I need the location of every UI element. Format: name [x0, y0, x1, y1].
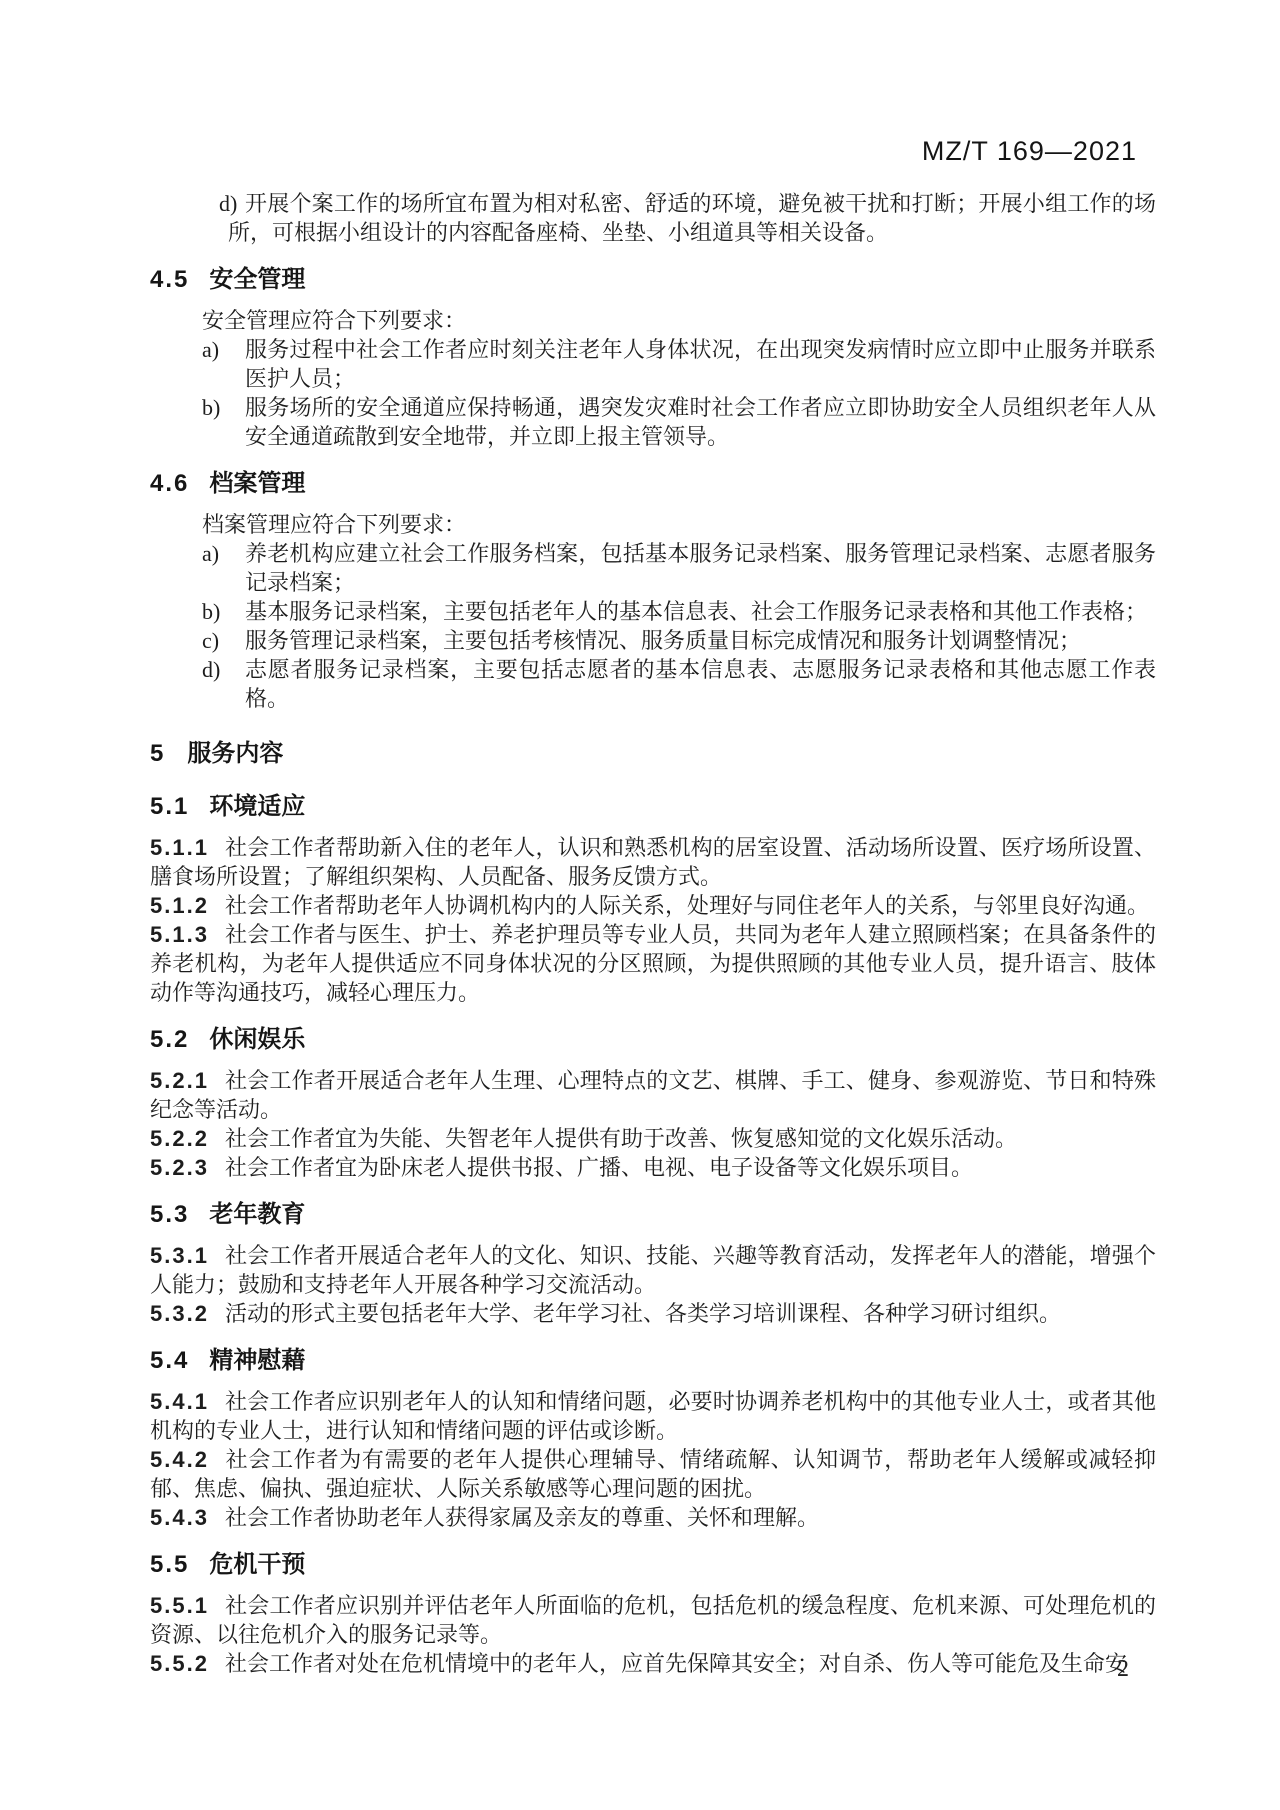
clause-number: 5.1.2	[150, 893, 209, 918]
section-title: 环境适应	[209, 793, 305, 820]
clause-text: 社会工作者帮助老年人协调机构内的人际关系，处理好与同住老年人的关系，与邻里良好沟…	[225, 893, 1149, 918]
clause-number: 5.5.2	[150, 1651, 209, 1676]
list-item-label: a)	[202, 539, 219, 568]
list-item: d)开展个案工作的场所宜布置为相对私密、舒适的环境，避免被干扰和打断；开展小组工…	[150, 189, 1156, 247]
clause-text: 社会工作者协助老年人获得家属及亲友的尊重、关怀和理解。	[225, 1505, 819, 1530]
clause-text: 社会工作者宜为卧床老人提供书报、广播、电视、电子设备等文化娱乐项目。	[225, 1155, 973, 1180]
list-item-text: 基本服务记录档案，主要包括老年人的基本信息表、社会工作服务记录表格和其他工作表格…	[245, 599, 1147, 624]
list-item-text: 开展个案工作的场所宜布置为相对私密、舒适的环境，避免被干扰和打断；开展小组工作的…	[228, 191, 1156, 245]
clause-paragraph: 5.2.2社会工作者宜为失能、失智老年人提供有助于改善、恢复感知觉的文化娱乐活动…	[150, 1124, 1156, 1153]
clause-number: 5.4.3	[150, 1505, 209, 1530]
section-title: 安全管理	[209, 266, 305, 293]
clause-paragraph: 5.5.1社会工作者应识别并评估老年人所面临的危机，包括危机的缓急程度、危机来源…	[150, 1591, 1156, 1649]
document-body: d)开展个案工作的场所宜布置为相对私密、舒适的环境，避免被干扰和打断；开展小组工…	[150, 189, 1156, 1678]
chapter-heading: 5服务内容	[150, 739, 1156, 768]
list-item-text: 服务管理记录档案，主要包括考核情况、服务质量目标完成情况和服务计划调整情况；	[245, 628, 1081, 653]
section-heading: 4.5安全管理	[150, 265, 1156, 294]
clause-number: 5.1.1	[150, 835, 209, 860]
clause-number: 5.4.1	[150, 1389, 209, 1414]
section-number: 5.2	[150, 1026, 189, 1053]
section-lead-text: 档案管理应符合下列要求：	[202, 510, 1156, 539]
section-title: 精神慰藉	[209, 1347, 305, 1374]
section-number: 5.1	[150, 793, 189, 820]
section-heading: 4.6档案管理	[150, 469, 1156, 498]
clause-number: 5.4.2	[150, 1447, 209, 1472]
clause-text: 社会工作者开展适合老年人生理、心理特点的文艺、棋牌、手工、健身、参观游览、节日和…	[150, 1068, 1156, 1122]
clause-number: 5.5.1	[150, 1593, 209, 1618]
clause-text: 社会工作者为有需要的老年人提供心理辅导、情绪疏解、认知调节，帮助老年人缓解或减轻…	[150, 1447, 1156, 1501]
clause-paragraph: 5.1.3社会工作者与医生、护士、养老护理员等专业人员，共同为老年人建立照顾档案…	[150, 920, 1156, 1007]
standard-code-header: MZ/T 169—2021	[922, 136, 1137, 167]
clause-number: 5.3.2	[150, 1301, 209, 1326]
clause-paragraph: 5.1.2社会工作者帮助老年人协调机构内的人际关系，处理好与同住老年人的关系，与…	[150, 891, 1156, 920]
list-item-label: b)	[202, 393, 220, 422]
clause-paragraph: 5.3.1社会工作者开展适合老年人的文化、知识、技能、兴趣等教育活动，发挥老年人…	[150, 1241, 1156, 1299]
clause-paragraph: 5.4.1社会工作者应识别老年人的认知和情绪问题，必要时协调养老机构中的其他专业…	[150, 1387, 1156, 1445]
clause-text: 社会工作者对处在危机情境中的老年人，应首先保障其安全；对自杀、伤人等可能危及生命…	[225, 1651, 1127, 1676]
list-item: a)养老机构应建立社会工作服务档案，包括基本服务记录档案、服务管理记录档案、志愿…	[150, 539, 1156, 597]
clause-number: 5.1.3	[150, 922, 209, 947]
list-item: b)基本服务记录档案，主要包括老年人的基本信息表、社会工作服务记录表格和其他工作…	[150, 597, 1156, 626]
section-heading: 5.1环境适应	[150, 792, 1156, 821]
section-number: 5.5	[150, 1551, 189, 1578]
section-lead-text: 安全管理应符合下列要求：	[202, 306, 1156, 335]
list-item-text: 志愿者服务记录档案，主要包括志愿者的基本信息表、志愿服务记录表格和其他志愿工作表…	[245, 657, 1156, 711]
clause-text: 社会工作者宜为失能、失智老年人提供有助于改善、恢复感知觉的文化娱乐活动。	[225, 1126, 1017, 1151]
clause-text: 社会工作者与医生、护士、养老护理员等专业人员，共同为老年人建立照顾档案；在具备条…	[150, 922, 1156, 1005]
list-item-label: b)	[202, 597, 220, 626]
section-number: 5.3	[150, 1201, 189, 1228]
clause-text: 社会工作者帮助新入住的老年人，认识和熟悉机构的居室设置、活动场所设置、医疗场所设…	[150, 835, 1156, 889]
section-number: 4.6	[150, 470, 189, 497]
list-item-text: 养老机构应建立社会工作服务档案，包括基本服务记录档案、服务管理记录档案、志愿者服…	[245, 541, 1156, 595]
clause-paragraph: 5.2.3社会工作者宜为卧床老人提供书报、广播、电视、电子设备等文化娱乐项目。	[150, 1153, 1156, 1182]
clause-number: 5.2.1	[150, 1068, 209, 1093]
clause-text: 活动的形式主要包括老年大学、老年学习社、各类学习培训课程、各种学习研讨组织。	[225, 1301, 1061, 1326]
list-item-label: d)	[202, 189, 237, 218]
list-item-label: a)	[202, 335, 219, 364]
section-title: 档案管理	[209, 470, 305, 497]
clause-text: 社会工作者应识别并评估老年人所面临的危机，包括危机的缓急程度、危机来源、可处理危…	[150, 1593, 1156, 1647]
clause-paragraph: 5.3.2活动的形式主要包括老年大学、老年学习社、各类学习培训课程、各种学习研讨…	[150, 1299, 1156, 1328]
section-number: 4.5	[150, 266, 189, 293]
list-item: d)志愿者服务记录档案，主要包括志愿者的基本信息表、志愿服务记录表格和其他志愿工…	[150, 655, 1156, 713]
section-number: 5.4	[150, 1347, 189, 1374]
clause-text: 社会工作者开展适合老年人的文化、知识、技能、兴趣等教育活动，发挥老年人的潜能，增…	[150, 1243, 1156, 1297]
list-item: b)服务场所的安全通道应保持畅通，遇突发灾难时社会工作者应立即协助安全人员组织老…	[150, 393, 1156, 451]
chapter-number: 5	[150, 740, 165, 767]
list-item-label: d)	[202, 655, 220, 684]
section-heading: 5.3老年教育	[150, 1200, 1156, 1229]
clause-paragraph: 5.4.3社会工作者协助老年人获得家属及亲友的尊重、关怀和理解。	[150, 1503, 1156, 1532]
chapter-title: 服务内容	[187, 740, 283, 767]
clause-number: 5.2.3	[150, 1155, 209, 1180]
section-heading: 5.2休闲娱乐	[150, 1025, 1156, 1054]
section-heading: 5.4精神慰藉	[150, 1346, 1156, 1375]
list-item-label: c)	[202, 626, 219, 655]
section-title: 危机干预	[209, 1551, 305, 1578]
list-item-text: 服务过程中社会工作者应时刻关注老年人身体状况，在出现突发病情时应立即中止服务并联…	[245, 337, 1156, 391]
list-item: a)服务过程中社会工作者应时刻关注老年人身体状况，在出现突发病情时应立即中止服务…	[150, 335, 1156, 393]
list-item: c)服务管理记录档案，主要包括考核情况、服务质量目标完成情况和服务计划调整情况；	[150, 626, 1156, 655]
section-title: 休闲娱乐	[209, 1026, 305, 1053]
section-title: 老年教育	[209, 1201, 305, 1228]
clause-number: 5.3.1	[150, 1243, 209, 1268]
section-heading: 5.5危机干预	[150, 1550, 1156, 1579]
clause-text: 社会工作者应识别老年人的认知和情绪问题，必要时协调养老机构中的其他专业人士，或者…	[150, 1389, 1156, 1443]
clause-number: 5.2.2	[150, 1126, 209, 1151]
list-item-text: 服务场所的安全通道应保持畅通，遇突发灾难时社会工作者应立即协助安全人员组织老年人…	[245, 395, 1156, 449]
clause-paragraph: 5.4.2社会工作者为有需要的老年人提供心理辅导、情绪疏解、认知调节，帮助老年人…	[150, 1445, 1156, 1503]
clause-paragraph: 5.2.1社会工作者开展适合老年人生理、心理特点的文艺、棋牌、手工、健身、参观游…	[150, 1066, 1156, 1124]
page-number: 2	[1117, 1656, 1129, 1683]
clause-paragraph: 5.5.2社会工作者对处在危机情境中的老年人，应首先保障其安全；对自杀、伤人等可…	[150, 1649, 1156, 1678]
clause-paragraph: 5.1.1社会工作者帮助新入住的老年人，认识和熟悉机构的居室设置、活动场所设置、…	[150, 833, 1156, 891]
